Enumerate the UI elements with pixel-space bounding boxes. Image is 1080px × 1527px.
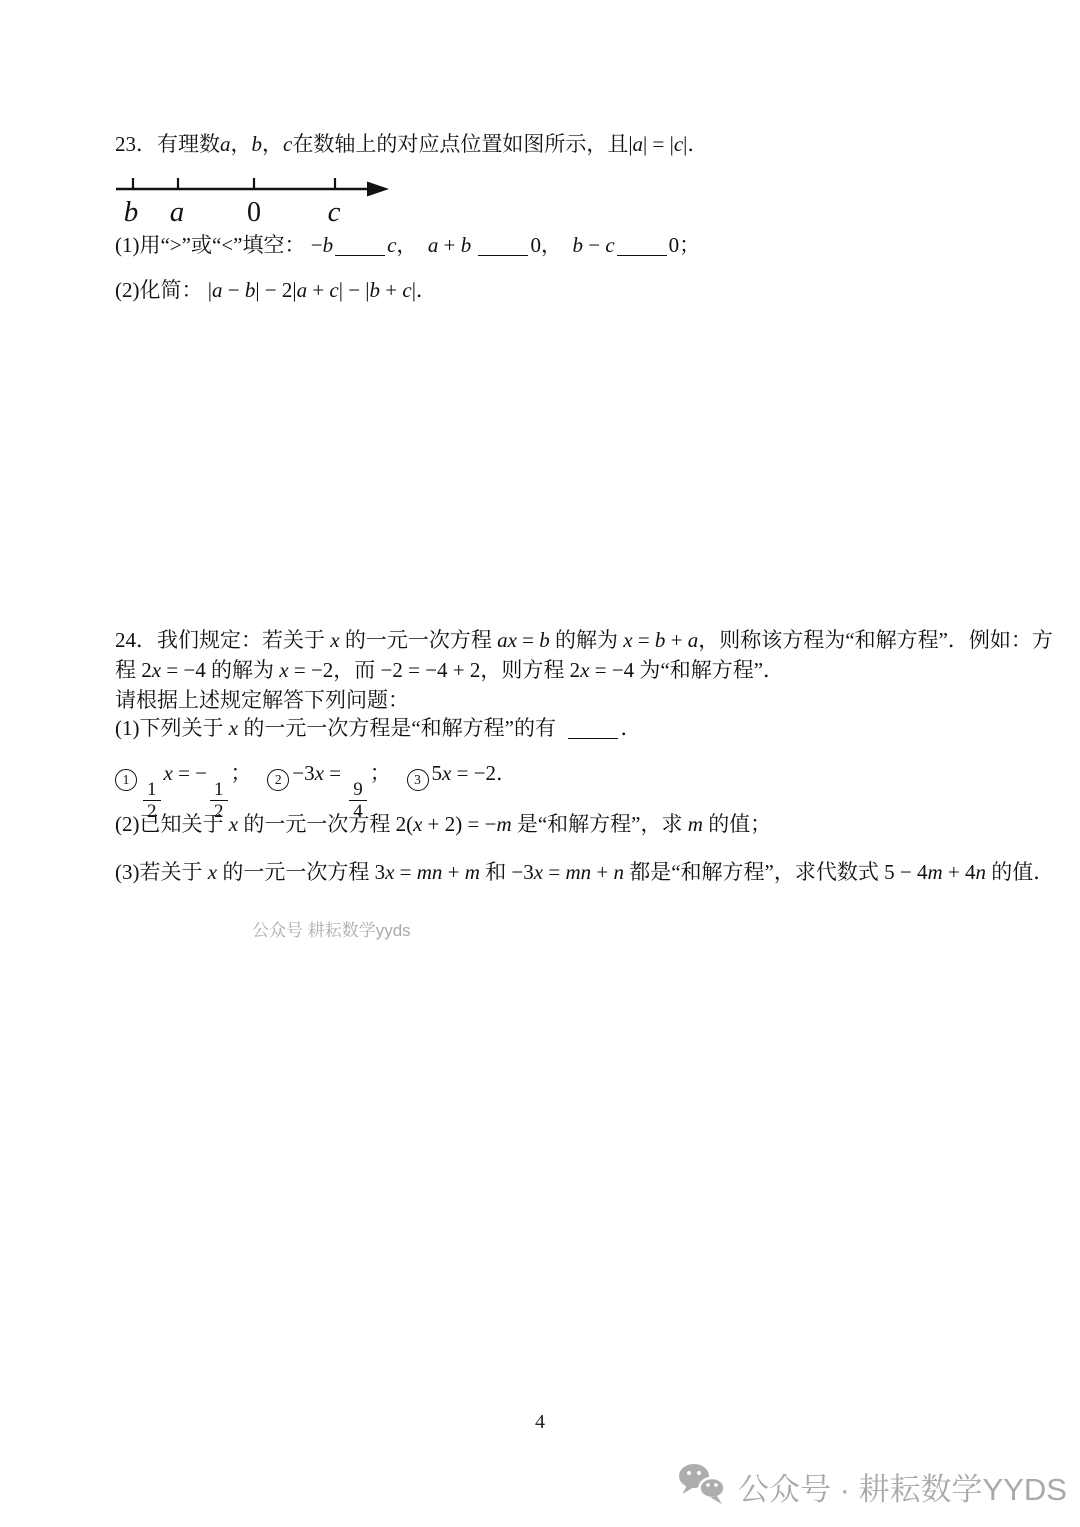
text-run: + xyxy=(591,860,613,884)
var-c: c xyxy=(674,132,683,156)
circled-number-2: 2 xyxy=(267,769,289,791)
text-run: + 4 xyxy=(943,860,976,884)
var-c: c xyxy=(402,278,411,302)
text-run: | = | xyxy=(643,132,674,156)
text-run: 5 xyxy=(432,761,443,785)
var-a: a xyxy=(212,278,223,302)
arrowhead-icon xyxy=(367,182,389,197)
text-run: = −4 的解为 xyxy=(161,658,279,682)
var-x: x xyxy=(442,761,451,785)
text-run: 的解为 xyxy=(550,628,624,652)
text-run: 在数轴上的对应点位置如图所示，且 xyxy=(292,132,628,156)
var-x: x xyxy=(385,860,394,884)
text-run: 0 xyxy=(669,233,680,257)
text-run: = xyxy=(633,628,655,652)
var-c: c xyxy=(387,233,396,257)
var-m: m xyxy=(496,812,511,836)
text-run: 的值； xyxy=(703,812,771,836)
text-run: ； xyxy=(231,761,268,785)
text-run: = − xyxy=(173,761,207,785)
circled-number-1: 1 xyxy=(115,769,137,791)
text-run: mn xyxy=(417,860,443,884)
text-run: = −4 为“和解方程”． xyxy=(589,658,784,682)
text-run: = xyxy=(543,860,565,884)
text-run: − xyxy=(222,278,244,302)
q24-part3: (3)若关于 x 的一元一次方程 3x = mn + m 和 −3x = mn … xyxy=(115,859,1054,885)
circled-number-3: 3 xyxy=(407,769,429,791)
blank-underline xyxy=(617,255,667,256)
var-x: x xyxy=(279,658,288,682)
text-run: 都是“和解方程”，求代数式 5 − 4 xyxy=(624,860,927,884)
text-run: 和 −3 xyxy=(480,860,534,884)
var-a: a xyxy=(220,132,231,156)
var-x: x xyxy=(152,658,161,682)
var-a: a xyxy=(428,233,439,257)
text-run: b xyxy=(655,628,666,652)
q24-instruction: 请根据上述规定解答下列问题： xyxy=(115,687,409,713)
var-b: b xyxy=(572,233,583,257)
text-run: (1)下列关于 xyxy=(115,716,229,740)
var-b: b xyxy=(461,233,472,257)
inline-watermark: 公众号 耕耘数学yyds xyxy=(252,916,411,941)
text-run: 是“和解方程”，求 xyxy=(512,812,688,836)
text-run: = −2，而 −2 = −4 + 2，则方程 2 xyxy=(289,658,581,682)
text-run: x xyxy=(623,628,632,652)
number-line-label-a: a xyxy=(170,196,185,228)
var-x: x xyxy=(164,761,173,785)
var-c: c xyxy=(329,278,338,302)
text-run: 的一元一次方程 2( xyxy=(238,812,413,836)
q24-stem-line2: 程 2x = −4 的解为 x = −2，而 −2 = −4 + 2，则方程 2… xyxy=(115,657,784,683)
text-run: + 2) = − xyxy=(422,812,496,836)
text-run: mn xyxy=(565,860,591,884)
number-line-figure: b a 0 c xyxy=(113,176,403,228)
q24-number-and-text: 24．我们规定：若关于 xyxy=(115,628,330,652)
q23-part2: (2)化简： |a − b| − 2|a + c| − |b + c|． xyxy=(115,277,437,303)
var-b: b xyxy=(245,278,256,302)
text-run: − xyxy=(583,233,605,257)
var-x: x xyxy=(229,716,238,740)
text-run: − xyxy=(311,233,323,257)
text-run: (2)化简： xyxy=(115,278,208,302)
text-run xyxy=(471,233,476,257)
text-run: + xyxy=(438,233,460,257)
text-run: | − 2| xyxy=(255,278,296,302)
q23-stem: 23．有理数a，b，c在数轴上的对应点位置如图所示，且|a| = |c|． xyxy=(115,131,708,157)
text-run: ， xyxy=(262,132,283,156)
text-run: 0 xyxy=(530,233,541,257)
text-run: 的一元一次方程 xyxy=(340,628,498,652)
text-run: = xyxy=(394,860,416,884)
number-line-label-c: c xyxy=(328,196,341,228)
text-run: a xyxy=(688,628,699,652)
var-x: x xyxy=(534,860,543,884)
blank-underline xyxy=(568,738,618,739)
var-c: c xyxy=(605,233,614,257)
text-run: ． xyxy=(620,716,641,740)
page-number: 4 xyxy=(0,1411,1080,1434)
var-m: m xyxy=(927,860,942,884)
var-x: x xyxy=(413,812,422,836)
var-b: b xyxy=(323,233,334,257)
var-b: b xyxy=(370,278,381,302)
q24-part2: (2)已知关于 x 的一元一次方程 2(x + 2) = −m 是“和解方程”，… xyxy=(115,811,771,837)
var-n: n xyxy=(613,860,624,884)
text-run: ， xyxy=(396,233,428,257)
q23-number-and-text: 23．有理数 xyxy=(115,132,220,156)
number-line-label-b: b xyxy=(124,196,139,228)
document-page: 23．有理数a，b，c在数轴上的对应点位置如图所示，且|a| = |c|． b … xyxy=(0,0,1080,1527)
text-run: = xyxy=(324,761,346,785)
text-run: | − | xyxy=(339,278,370,302)
var-n: n xyxy=(975,860,986,884)
text-run: ， xyxy=(231,132,252,156)
q23-part1: (1)用“>”或“<”填空： −bc， a + b 0， b − c0； xyxy=(115,232,700,258)
var-b: b xyxy=(252,132,263,156)
text-run: ，则称该方程为“和解方程”．例如：方 xyxy=(698,628,1053,652)
text-run: (1)用“>”或“<”填空： xyxy=(115,233,311,257)
text-run: 的一元一次方程 3 xyxy=(217,860,385,884)
number-line-label-0: 0 xyxy=(247,197,261,228)
var-a: a xyxy=(633,132,644,156)
text-run: 程 2 xyxy=(115,658,152,682)
var-x: x xyxy=(330,628,339,652)
blank-underline xyxy=(335,255,385,256)
blank-underline xyxy=(478,255,528,256)
var-x: x xyxy=(229,812,238,836)
text-run: |． xyxy=(412,278,437,302)
text-run: + xyxy=(380,278,402,302)
wechat-icon xyxy=(676,1462,728,1510)
text-run: 请根据上述规定解答下列问题： xyxy=(115,688,409,712)
q24-stem-line1: 24．我们规定：若关于 x 的一元一次方程 ax = b 的解为 x = b +… xyxy=(115,627,1053,653)
text-run: −3 xyxy=(292,761,314,785)
q24-part1: (1)下列关于 x 的一元一次方程是“和解方程”的有 ． xyxy=(115,715,641,741)
text-run: + xyxy=(442,860,464,884)
var-m: m xyxy=(688,812,703,836)
text-run: (3)若关于 xyxy=(115,860,208,884)
var-a: a xyxy=(297,278,308,302)
text-run: 的值． xyxy=(986,860,1054,884)
var-x: x xyxy=(315,761,324,785)
text-run: ax xyxy=(497,628,517,652)
var-c: c xyxy=(283,132,292,156)
var-x: x xyxy=(208,860,217,884)
text-run: + xyxy=(307,278,329,302)
text-run: ； xyxy=(679,233,700,257)
text-run: (2)已知关于 xyxy=(115,812,229,836)
text-run: |． xyxy=(683,132,708,156)
text-run: + xyxy=(665,628,687,652)
text-run: ， xyxy=(541,233,573,257)
footer-watermark: 公众号 · 耕耘数学YYDS xyxy=(676,1462,1067,1510)
text-run: = xyxy=(517,628,539,652)
text-run: ； xyxy=(370,761,407,785)
text-run: = −2． xyxy=(451,761,517,785)
var-m: m xyxy=(465,860,480,884)
text-run: 的一元一次方程是“和解方程”的有 xyxy=(238,716,566,740)
text-run: b xyxy=(539,628,550,652)
footer-watermark-text: 公众号 · 耕耘数学YYDS xyxy=(738,1464,1067,1509)
